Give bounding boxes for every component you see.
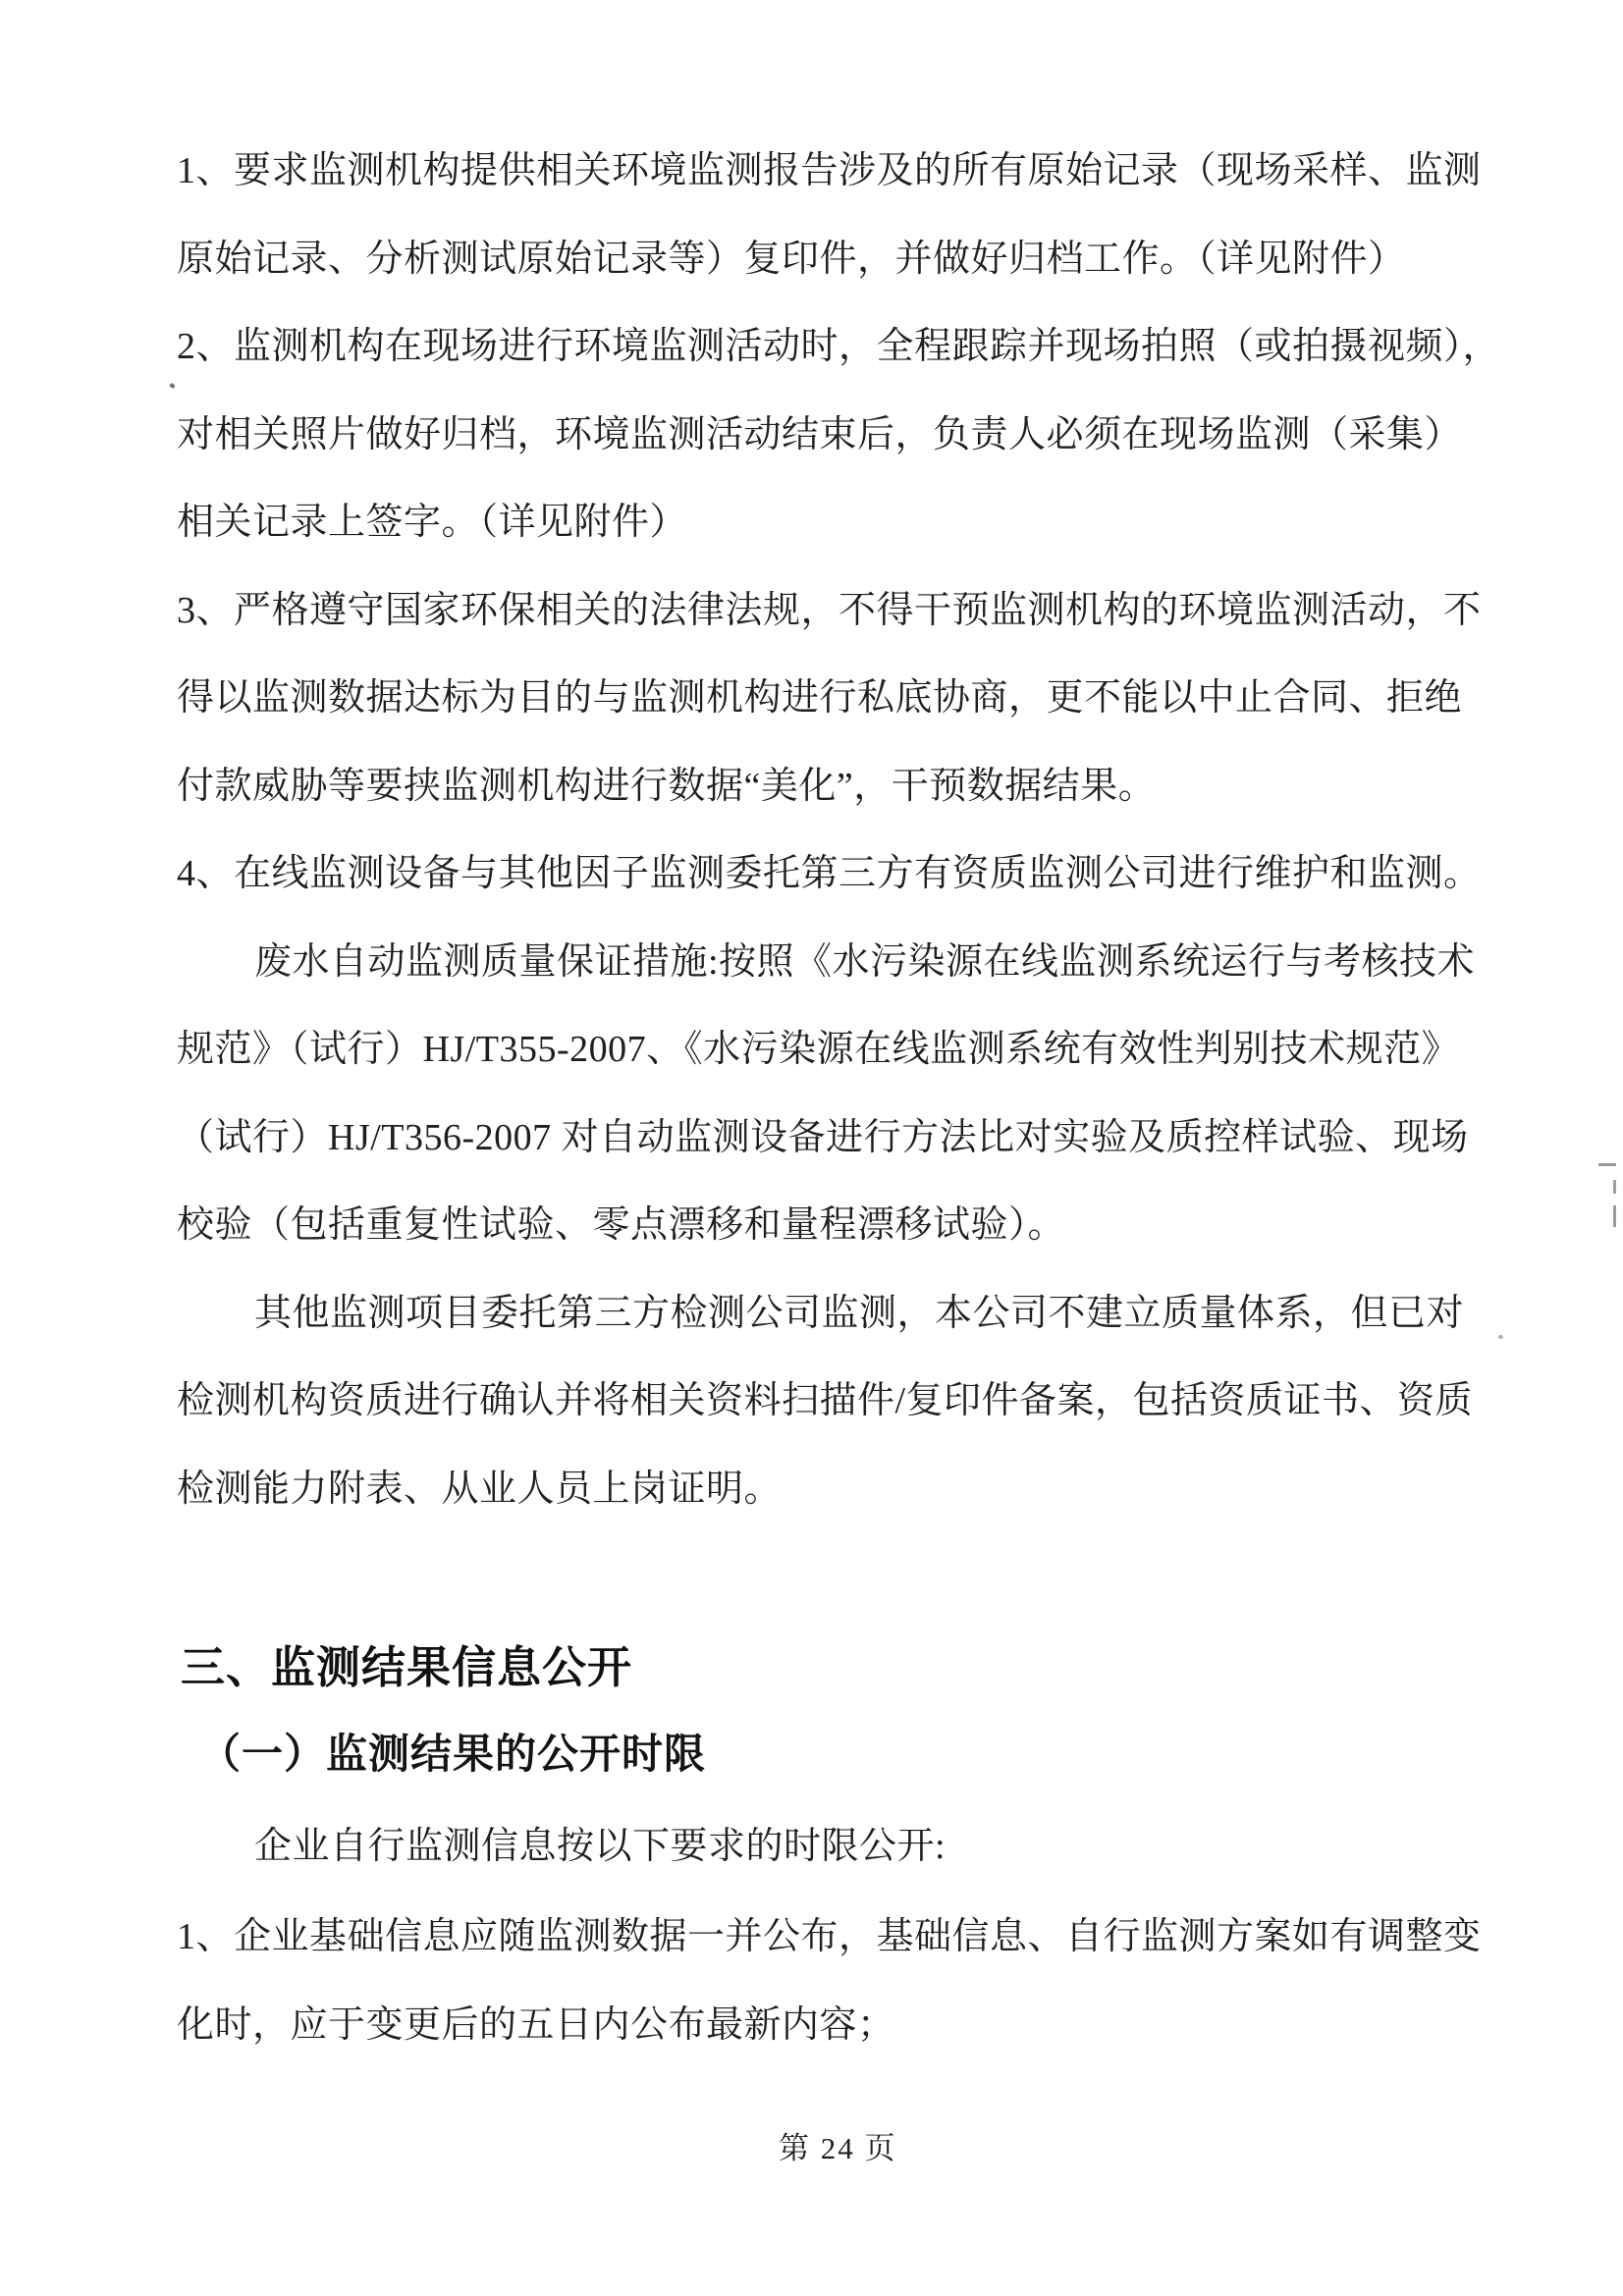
body-line: 其他监测项目委托第三方检测公司监测，本公司不建立质量体系，但已对 (254, 1290, 1464, 1337)
document-page: 1、要求监测机构提供相关环境监测报告涉及的所有原始记录（现场采样、监测 原始记录… (0, 0, 1623, 2296)
body-line: 4、在线监测设备与其他因子监测委托第三方有资质监测公司进行维护和监测。 (177, 850, 1482, 897)
subsection-heading: （一）监测结果的公开时限 (199, 1730, 706, 1779)
body-line: 2、监测机构在现场进行环境监测活动时，全程跟踪并现场拍照（或拍摄视频）， (177, 323, 1500, 370)
body-line: 检测机构资质进行确认并将相关资料扫描件/复印件备案，包括资质证书、资质 (177, 1377, 1473, 1424)
scan-artifact (169, 383, 175, 389)
body-line: 得以监测数据达标为目的与监测机构进行私底协商，更不能以中止合同、拒绝 (177, 674, 1462, 721)
section-heading: 三、监测结果信息公开 (181, 1642, 632, 1693)
body-line: 1、企业基础信息应随监测数据一并公布，基础信息、自行监测方案如有调整变 (177, 1913, 1482, 1960)
body-line: 原始记录、分析测试原始记录等）复印件，并做好归档工作。（详见附件） (177, 236, 1406, 283)
body-line: 对相关照片做好归档，环境监测活动结束后，负责人必须在现场监测（采集） (177, 411, 1462, 458)
body-line: 相关记录上签字。（详见附件） (177, 499, 687, 546)
scan-artifact (1613, 1205, 1616, 1227)
body-line: 企业自行监测信息按以下要求的时限公开: (254, 1823, 946, 1870)
scan-artifact (1498, 1335, 1503, 1339)
page-number: 第 24 页 (779, 2123, 897, 2167)
body-line: 化时，应于变更后的五日内公布最新内容； (177, 2002, 895, 2049)
body-line: 检测能力附表、从业人员上岗证明。 (177, 1466, 782, 1513)
body-line: 废水自动监测质量保证措施:按照《水污染源在线监测系统运行与考核技术 (254, 938, 1475, 986)
scan-artifact (1598, 1163, 1616, 1166)
body-line: 校验（包括重复性试验、零点漂移和量程漂移试验）。 (177, 1201, 1065, 1249)
body-line: 3、严格遵守国家环保相关的法律法规，不得干预监测机构的环境监测活动，不 (177, 587, 1482, 634)
body-line: （试行）HJ/T356-2007 对自动监测设备进行方法比对实验及质控样试验、现… (177, 1114, 1469, 1161)
body-line: 付款威胁等要挟监测机构进行数据“美化”，干预数据结果。 (177, 763, 1156, 810)
scan-artifact (1613, 1180, 1616, 1194)
body-line: 1、要求监测机构提供相关环境监测报告涉及的所有原始记录（现场采样、监测 (177, 147, 1482, 194)
body-line: 规范》（试行）HJ/T355-2007、《水污染源在线监测系统有效性判别技术规范… (177, 1026, 1459, 1073)
